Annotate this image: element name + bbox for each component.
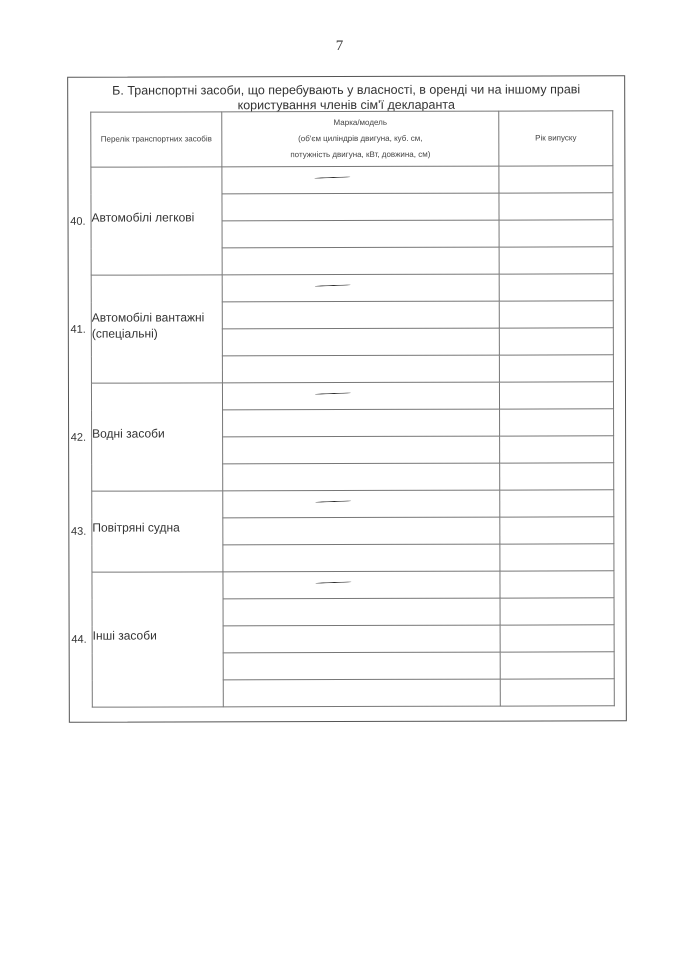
make-model-cell[interactable] — [222, 328, 499, 356]
make-model-cell[interactable] — [222, 193, 499, 221]
year-cell[interactable] — [500, 598, 614, 625]
year-cell[interactable] — [500, 571, 614, 598]
category-label-line-1: Автомобілі легкові — [92, 209, 222, 225]
handwritten-dash-mark — [315, 392, 351, 394]
year-cell[interactable] — [499, 166, 613, 193]
make-model-cell[interactable] — [222, 166, 499, 194]
year-cell[interactable] — [500, 436, 614, 463]
table-row: 43.Повітряні судна — [92, 490, 614, 518]
category-label-line-1: Автомобілі вантажні — [92, 309, 222, 325]
make-model-cell[interactable] — [222, 301, 499, 329]
row-number: 42. — [62, 429, 86, 445]
make-model-cell[interactable] — [223, 571, 500, 599]
vehicle-category-cell: 40.Автомобілі легкові — [91, 167, 222, 275]
row-number: 41. — [62, 321, 86, 337]
vehicle-category-label: Повітряні судна — [92, 519, 222, 535]
make-model-cell[interactable] — [222, 220, 499, 248]
handwritten-dash-mark — [315, 581, 351, 583]
make-model-cell[interactable] — [223, 490, 500, 518]
vehicle-category-cell: 41.Автомобілі вантажні(спеціальні) — [91, 275, 222, 383]
year-cell[interactable] — [500, 463, 614, 490]
row-number: 44. — [63, 632, 87, 648]
year-cell[interactable] — [499, 382, 613, 409]
year-cell[interactable] — [500, 409, 614, 436]
year-cell[interactable] — [499, 247, 613, 274]
page-number: 7 — [0, 38, 679, 55]
year-cell[interactable] — [499, 328, 613, 355]
year-cell[interactable] — [499, 301, 613, 328]
make-model-cell[interactable] — [223, 409, 500, 437]
make-model-cell[interactable] — [223, 598, 500, 626]
year-cell[interactable] — [499, 274, 613, 301]
year-cell[interactable] — [500, 517, 614, 544]
category-label-line-2: (спеціальні) — [92, 325, 222, 341]
make-model-cell[interactable] — [223, 517, 500, 545]
table-row: 40.Автомобілі легкові — [91, 166, 613, 194]
make-model-cell[interactable] — [222, 382, 499, 410]
handwritten-dash-mark — [315, 500, 351, 502]
table-row: 42.Водні засоби — [91, 382, 613, 410]
category-label-line-1: Повітряні судна — [92, 519, 222, 535]
section-title-line-1: Б. Транспортні засоби, що перебувають у … — [68, 82, 624, 98]
make-model-cell[interactable] — [223, 652, 500, 680]
make-model-cell[interactable] — [223, 436, 500, 464]
year-cell[interactable] — [500, 625, 614, 652]
make-model-cell[interactable] — [222, 355, 499, 383]
vehicle-category-label: Інші засоби — [93, 627, 223, 643]
make-model-cell[interactable] — [223, 679, 500, 707]
vehicle-category-cell: 43.Повітряні судна — [92, 491, 223, 572]
vehicle-category-label: Автомобілі вантажні(спеціальні) — [92, 309, 222, 341]
row-number: 43. — [62, 524, 86, 540]
vehicle-category-label: Водні засоби — [92, 425, 222, 441]
header-make-model-line-3: потужність двигуна, кВт, довжина, см) — [222, 147, 498, 164]
year-cell[interactable] — [500, 544, 614, 571]
make-model-cell[interactable] — [223, 463, 500, 491]
section-title: Б. Транспортні засоби, що перебувають у … — [68, 82, 624, 113]
handwritten-dash-mark — [314, 176, 350, 178]
make-model-cell[interactable] — [223, 625, 500, 653]
year-cell[interactable] — [499, 220, 613, 247]
header-vehicle-list: Перелік транспортних засобів — [91, 112, 222, 167]
header-make-model-line-1: Марка/модель — [222, 115, 498, 132]
header-year: Рік випуску — [499, 111, 613, 166]
vehicle-category-cell: 44.Інші засоби — [92, 572, 223, 707]
header-make-model: Марка/модель (об'єм циліндрів двигуна, к… — [222, 111, 499, 167]
table-body: 40.Автомобілі легкові41.Автомобілі ванта… — [91, 166, 614, 707]
table-row: 41.Автомобілі вантажні(спеціальні) — [91, 274, 613, 302]
year-cell[interactable] — [500, 490, 614, 517]
vehicles-section-frame: Б. Транспортні засоби, що перебувають у … — [67, 75, 627, 722]
year-cell[interactable] — [500, 679, 614, 706]
row-number: 40. — [62, 213, 86, 229]
year-cell[interactable] — [500, 652, 614, 679]
handwritten-dash-mark — [315, 284, 351, 286]
category-label-line-1: Інші засоби — [93, 627, 223, 643]
header-make-model-line-2: (об'єм циліндрів двигуна, куб. см, — [222, 131, 498, 148]
make-model-cell[interactable] — [222, 247, 499, 275]
make-model-cell[interactable] — [222, 274, 499, 302]
vehicle-category-cell: 42.Водні засоби — [91, 383, 222, 491]
year-cell[interactable] — [499, 355, 613, 382]
table-header-row: Перелік транспортних засобів Марка/модел… — [91, 111, 613, 167]
vehicle-category-label: Автомобілі легкові — [92, 209, 222, 225]
make-model-cell[interactable] — [223, 544, 500, 572]
category-label-line-1: Водні засоби — [92, 425, 222, 441]
vehicles-table: Перелік транспортних засобів Марка/модел… — [90, 110, 615, 707]
year-cell[interactable] — [499, 193, 613, 220]
table-row: 44.Інші засоби — [92, 571, 614, 599]
